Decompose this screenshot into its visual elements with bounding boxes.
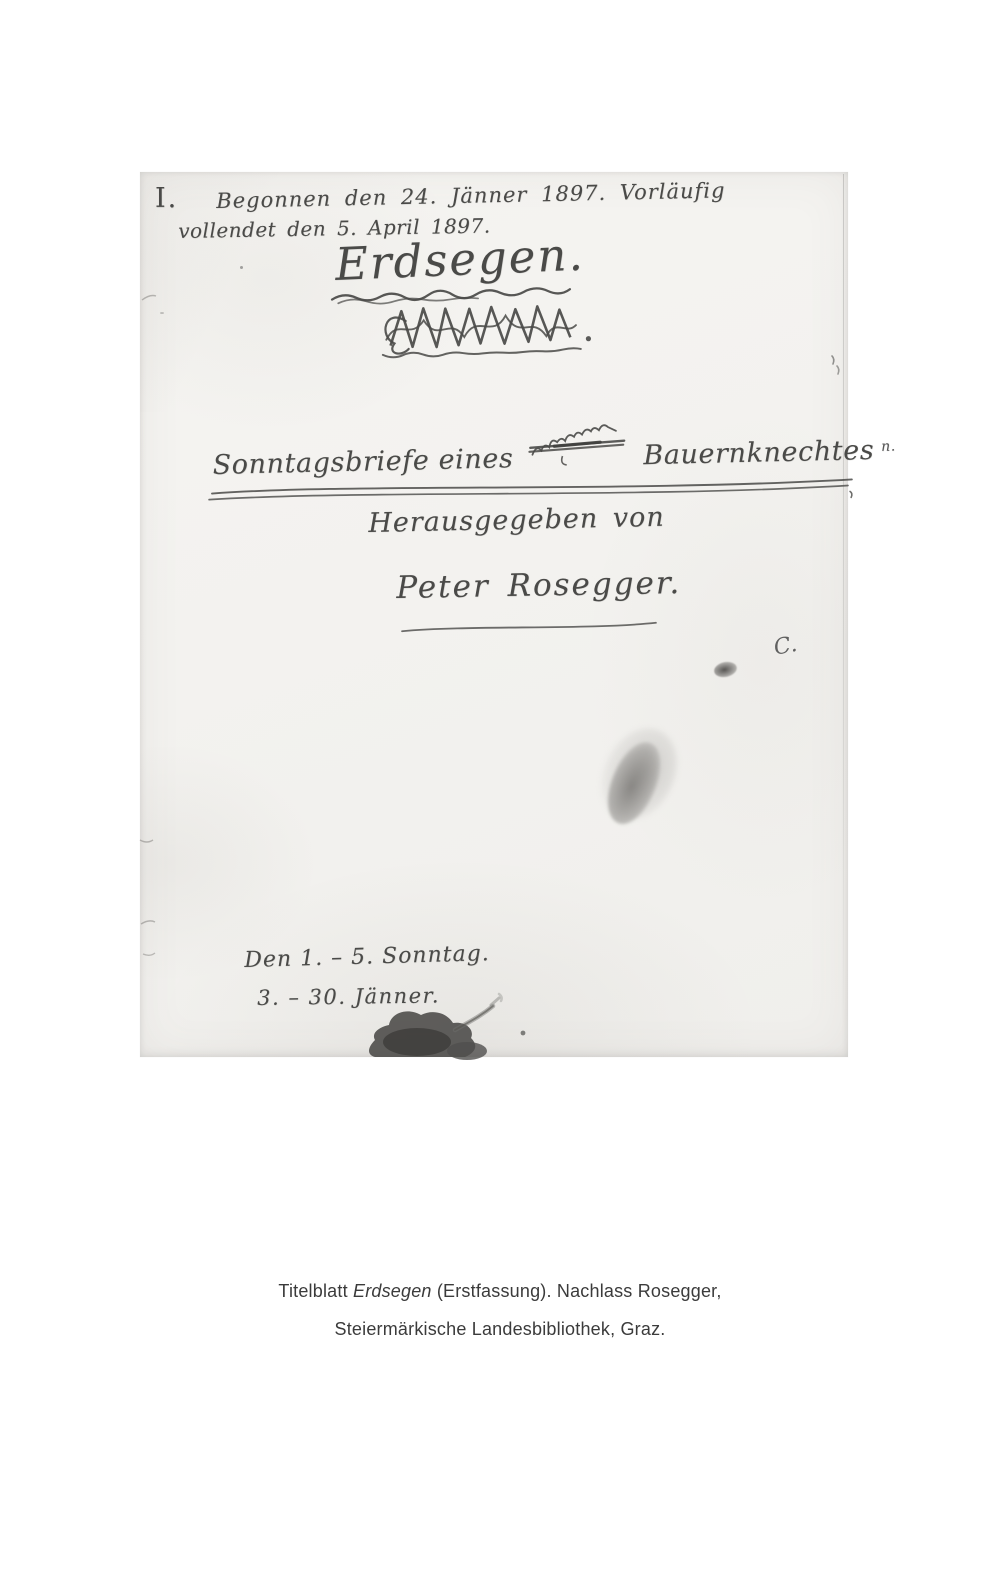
stray-apostrophe-marks [828, 352, 844, 380]
paper-edge-ticks [140, 172, 160, 1057]
stray-speck [240, 266, 243, 269]
margin-annotation-c: C. [772, 632, 799, 661]
caption-line-1: Titelblatt Erdsegen (Erstfassung). Nachl… [0, 1272, 1000, 1310]
manuscript-title: Erdsegen. [334, 228, 586, 291]
note-line-1: Den 1. – 5. Sonntag. [244, 941, 490, 973]
caption-line-2: Steiermärkische Landesbibliothek, Graz. [0, 1310, 1000, 1348]
publisher-line: Herausgegeben von [368, 502, 665, 539]
pencil-smudge [598, 724, 698, 834]
caption-segment: Titelblatt [278, 1281, 353, 1301]
crossed-out-title-scribble [375, 294, 611, 362]
figure-page: I. Begonnen den 24. Jänner 1897. Vorläuf… [0, 0, 1000, 1593]
subtitle-line: Sonntagsbriefe eines Bauernknechtes n. [212, 422, 896, 480]
subtitle-part-1: Sonntagsbriefe eines [212, 443, 513, 481]
stray-speck [160, 312, 164, 314]
struck-word-scribble [526, 429, 631, 467]
caption-segment-italic: Erdsegen [353, 1281, 432, 1301]
subtitle-suffix: n. [881, 438, 896, 454]
subtitle-part-2: Bauernknechtes [643, 435, 875, 471]
figure-caption: Titelblatt Erdsegen (Erstfassung). Nachl… [0, 1272, 1000, 1348]
author-underline [398, 620, 660, 637]
author-line: Peter Rosegger. [396, 565, 681, 606]
ink-blot [355, 992, 655, 1057]
caption-segment: (Erstfassung). Nachlass Rosegger, [432, 1281, 722, 1301]
date-line-1: Begonnen den 24. Jänner 1897. Vorläufig [216, 178, 726, 213]
small-ink-blob [713, 660, 739, 679]
manuscript-scan: I. Begonnen den 24. Jänner 1897. Vorläuf… [140, 172, 848, 1057]
